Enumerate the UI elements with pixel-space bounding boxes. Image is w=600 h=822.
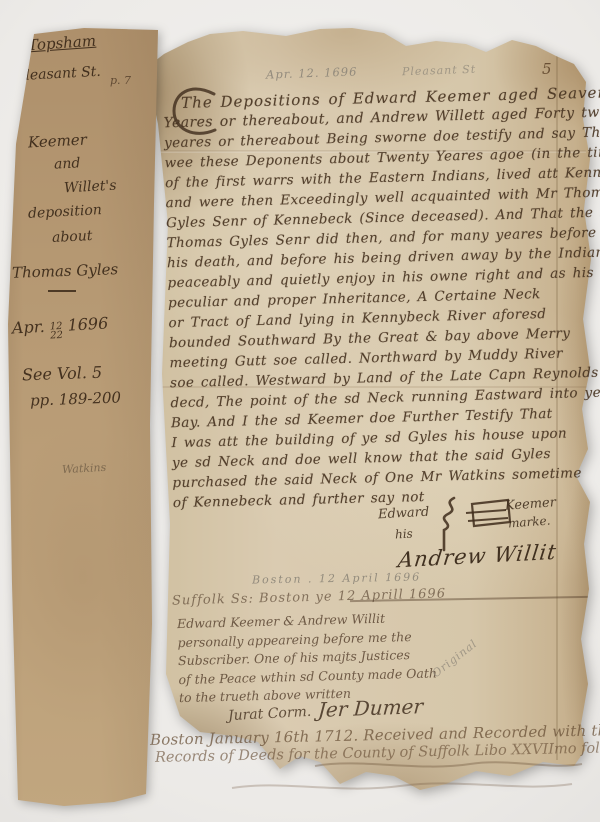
slip-street: Pleasant St. — [16, 64, 102, 84]
archival-slip: Topsham Pleasant St. p. 7 Keemer and Wil… — [4, 24, 162, 814]
slip-subject-line: Willet's — [64, 178, 117, 197]
underline-dash — [48, 290, 76, 292]
slip-date: Apr. 1222 1696 — [11, 313, 109, 342]
slip-town: Topsham — [27, 32, 96, 55]
slip-faint-note: Watkins — [62, 461, 107, 476]
pencil-heading: Pleasant St — [402, 63, 477, 79]
keemer-first-name: Edward — [378, 505, 430, 523]
slip-date-year: 1696 — [67, 313, 109, 334]
slip-pages-ref: pp. 189-200 — [30, 388, 122, 409]
deposition-body: The Depositions of Edward Keemer aged Se… — [163, 83, 600, 513]
slip-subject-line: Thomas Gyles — [12, 260, 119, 282]
slip-page-ref: p. 7 — [110, 74, 131, 87]
slip-date-daystack: 1222 — [50, 322, 64, 341]
page-number: 5 — [542, 60, 552, 78]
justice-signature: Jer Dumer — [317, 694, 424, 722]
slip-volume-ref: See Vol. 5 — [22, 363, 103, 385]
slip-subject-line: Keemer — [28, 130, 88, 151]
slip-date-prefix: Apr. — [11, 317, 45, 338]
keemer-his-label: his — [395, 527, 413, 542]
jurat-attestation: Edward Keemer & Andrew Willit personally… — [177, 609, 419, 708]
keemer-marke-label: marke. — [508, 514, 551, 531]
document-scan: Topsham Pleasant St. p. 7 Keemer and Wil… — [0, 0, 600, 822]
slip-subject-line: deposition — [28, 202, 103, 222]
slip-subject-line: about — [52, 228, 93, 246]
slip-subject-line: and — [54, 155, 81, 172]
faint-scribble-lines — [220, 756, 590, 798]
